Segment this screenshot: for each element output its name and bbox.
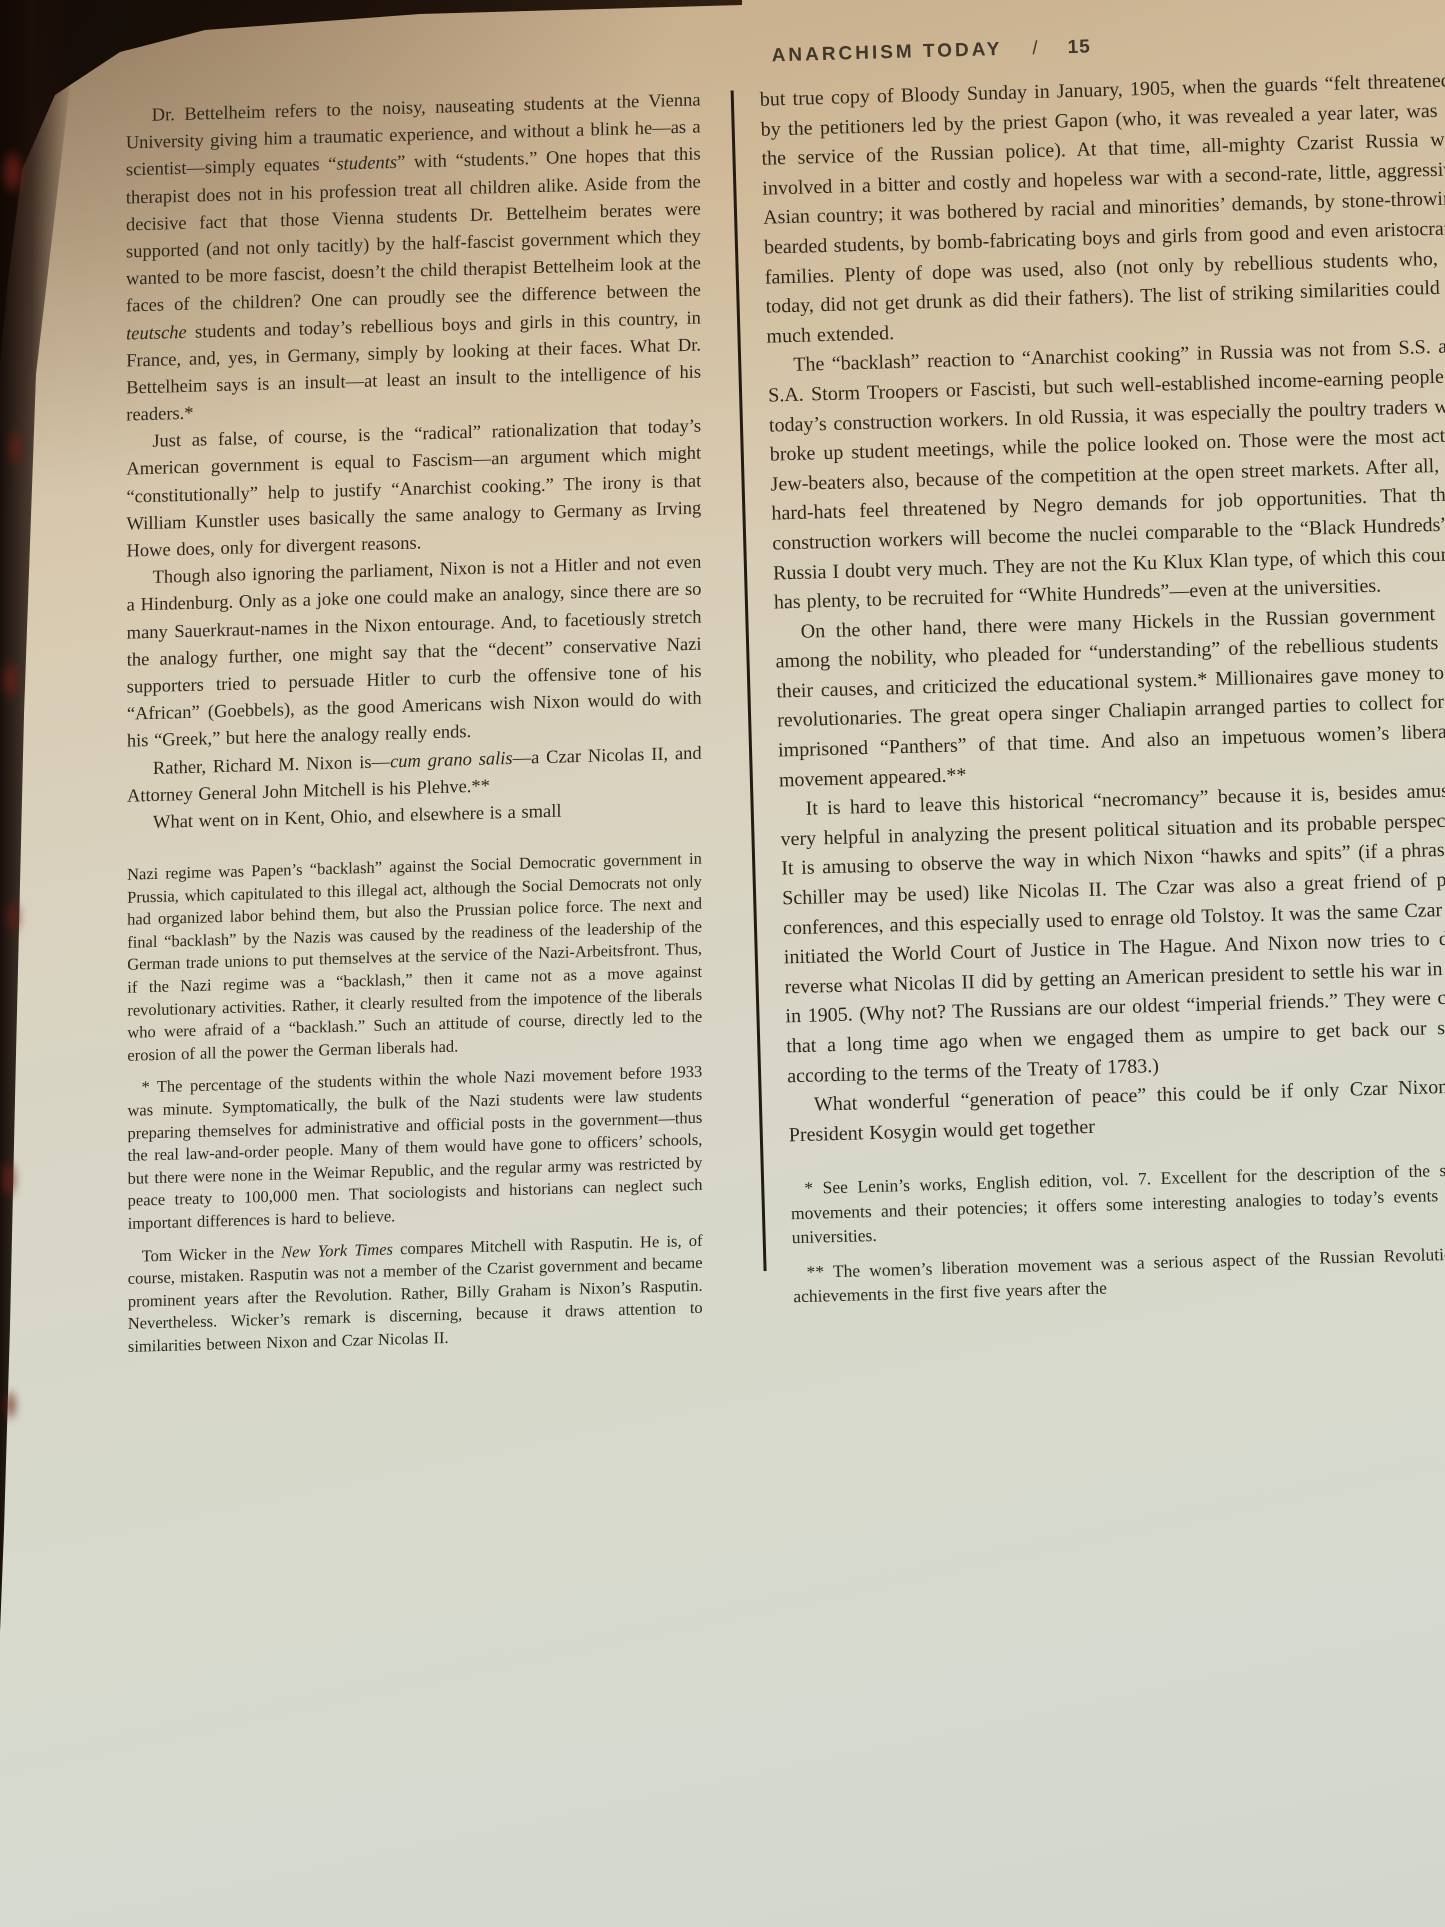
spine-stain [8, 430, 24, 466]
right-column: but true copy of Bloody Sunday in Januar… [759, 66, 1445, 1340]
page-number: 15 [1067, 36, 1091, 59]
paragraph: Dr. Bettelheim refers to the noisy, naus… [126, 87, 701, 429]
spine-stain [1, 1160, 17, 1198]
paragraph: On the other hand, there were many Hicke… [774, 599, 1445, 796]
footnote: Nazi regime was Papen’s “backlash” again… [127, 848, 702, 1067]
footnote: * The percentage of the students within … [127, 1061, 702, 1235]
spine-stain [6, 900, 21, 934]
page-content: ANARCHISM TODAY / 15 Dr. Bettelheim refe… [29, 13, 1445, 1360]
spine-stain [2, 660, 20, 700]
paragraph: Just as false, of course, is the “radica… [126, 414, 701, 566]
two-column-text: Dr. Bettelheim refers to the noisy, naus… [29, 13, 1445, 1360]
footnote: ** The women’s liberation movement was a… [792, 1241, 1445, 1310]
footnote-block: Nazi regime was Papen’s “backlash” again… [127, 848, 703, 1359]
paragraph: The “backlash” reaction to “Anarchist co… [767, 332, 1445, 618]
paragraph: It is hard to leave this historical “nec… [779, 776, 1445, 1091]
spine-stain [4, 1390, 17, 1420]
column-divider-rule [731, 90, 767, 1270]
footnote: * See Lenin’s works, English edition, vo… [790, 1157, 1445, 1250]
paragraph: Though also ignoring the parliament, Nix… [127, 550, 702, 756]
spine-stain [2, 150, 24, 194]
paragraph: but true copy of Bloody Sunday in Januar… [759, 66, 1445, 352]
footnote: Tom Wicker in the New York Times compare… [128, 1229, 703, 1358]
footnote-block: * See Lenin’s works, English edition, vo… [790, 1157, 1445, 1309]
header-separator: / [1032, 38, 1038, 60]
left-column: Dr. Bettelheim refers to the noisy, naus… [126, 87, 703, 1358]
